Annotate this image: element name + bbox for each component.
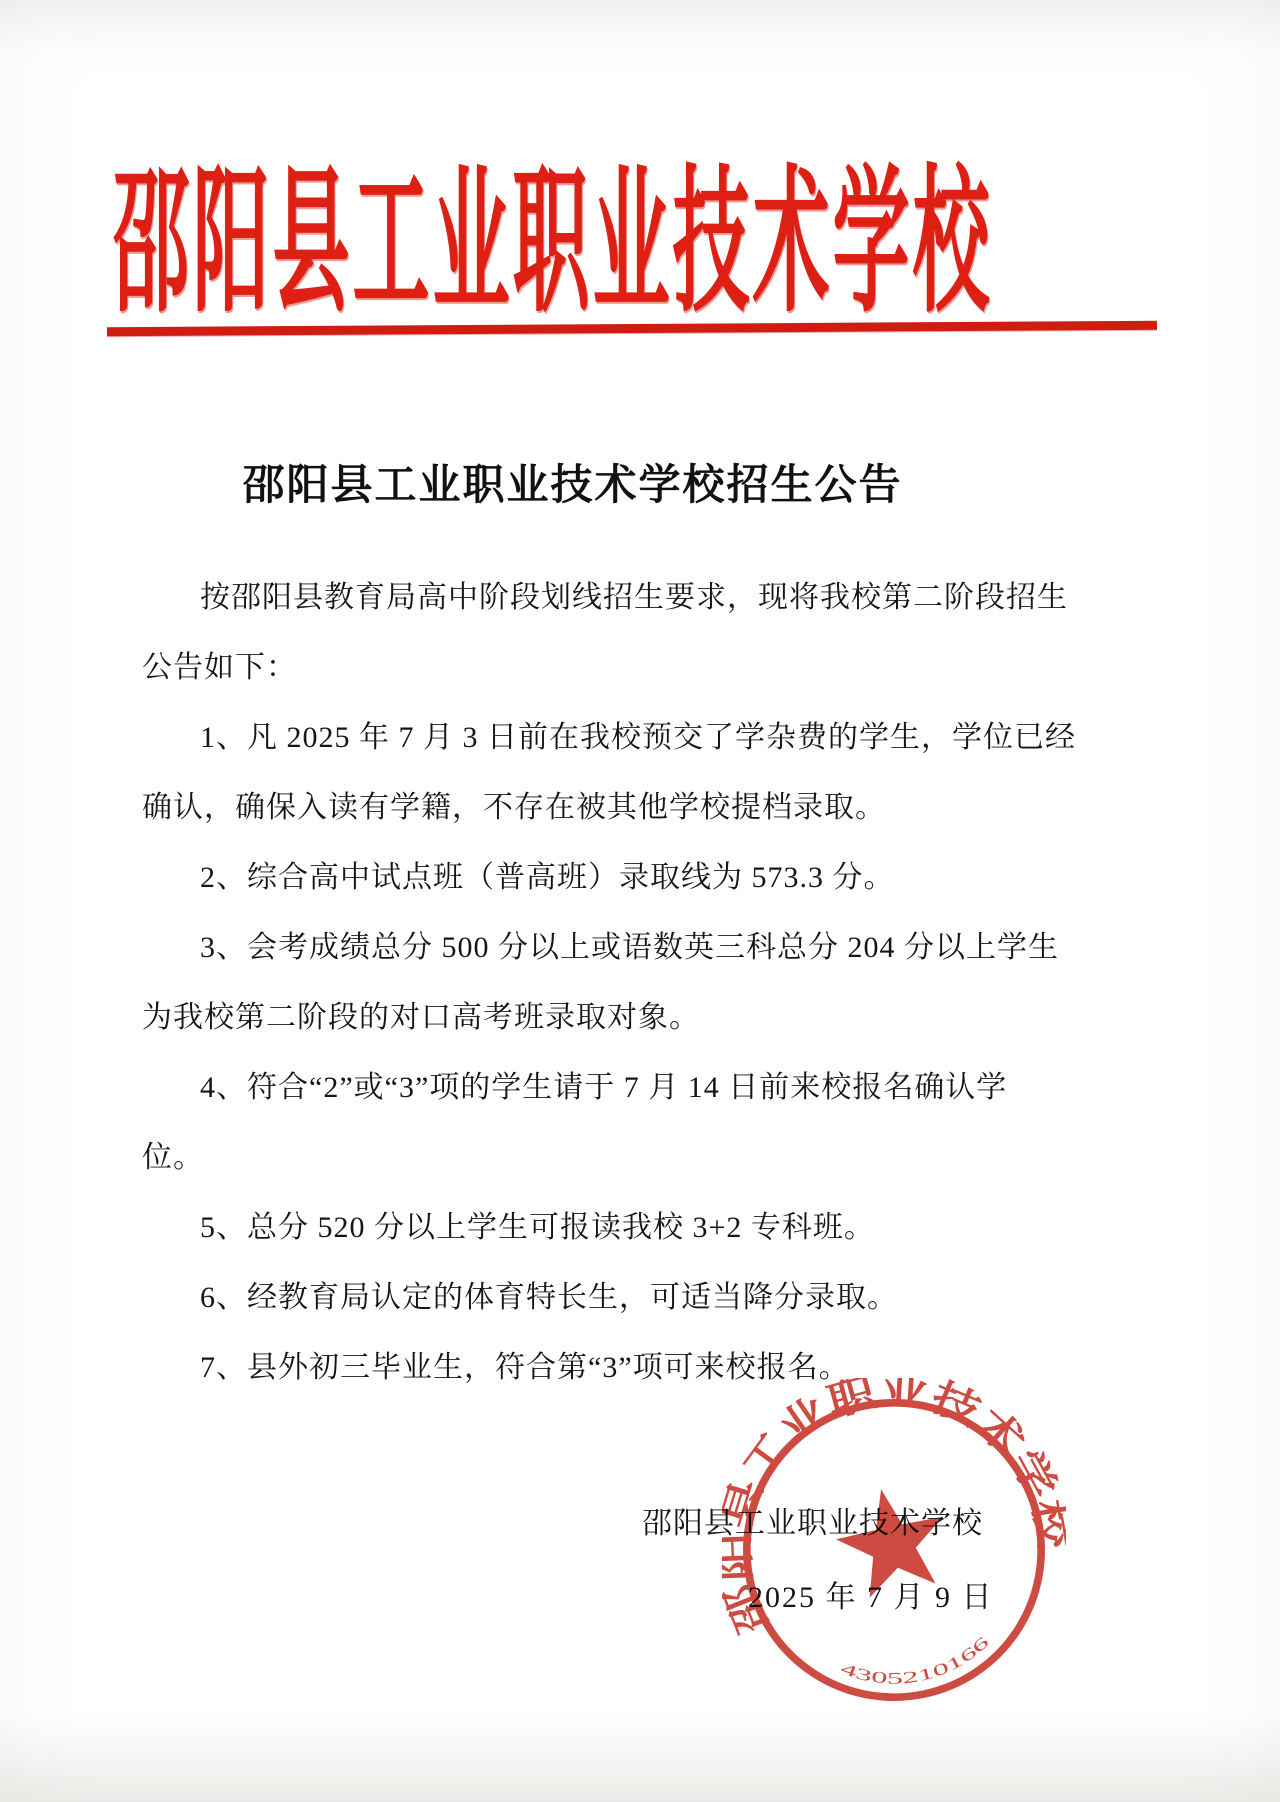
- star-icon: [828, 1478, 956, 1602]
- school-name-letterhead: 邵阳县工业职业技术学校: [113, 116, 993, 344]
- announcement-page: 邵阳县工业职业技术学校 邵阳县工业职业技术学校招生公告 按邵阳县教育局高中阶段划…: [0, 0, 1280, 1802]
- body-line: 3、会考成绩总分 500 分以上或语数英三科总分 204 分以上学生: [142, 913, 1152, 983]
- svg-text:邵阳县工业职业技术学校: 邵阳县工业职业技术学校: [722, 1378, 1066, 1641]
- letterhead: 邵阳县工业职业技术学校: [0, 116, 1105, 301]
- body-line: 2、综合高中试点班（普高班）录取线为 573.3 分。: [142, 843, 1152, 913]
- body-line: 6、经教育局认定的体育特长生，可适当降分录取。: [142, 1263, 1152, 1333]
- body-line: 5、总分 520 分以上学生可报读我校 3+2 专科班。: [142, 1193, 1152, 1263]
- seal-ring-text: 邵阳县工业职业技术学校: [722, 1378, 1066, 1641]
- official-seal: 邵阳县工业职业技术学校 4305210166: [722, 1378, 1066, 1722]
- announcement-body: 按邵阳县教育局高中阶段划线招生要求，现将我校第二阶段招生 公告如下： 1、凡 2…: [142, 563, 1152, 1403]
- body-line: 按邵阳县教育局高中阶段划线招生要求，现将我校第二阶段招生: [142, 563, 1152, 633]
- body-line: 确认，确保入读有学籍，不存在被其他学校提档录取。: [142, 773, 1152, 843]
- body-line: 公告如下：: [142, 633, 1152, 703]
- document-title: 邵阳县工业职业技术学校招生公告: [0, 452, 1145, 512]
- body-line: 为我校第二阶段的对口高考班录取对象。: [142, 983, 1152, 1053]
- body-line: 位。: [142, 1123, 1152, 1193]
- body-line: 1、凡 2025 年 7 月 3 日前在我校预交了学杂费的学生，学位已经: [142, 703, 1152, 773]
- body-line: 4、符合“2”或“3”项的学生请于 7 月 14 日前来校报名确认学: [142, 1053, 1152, 1123]
